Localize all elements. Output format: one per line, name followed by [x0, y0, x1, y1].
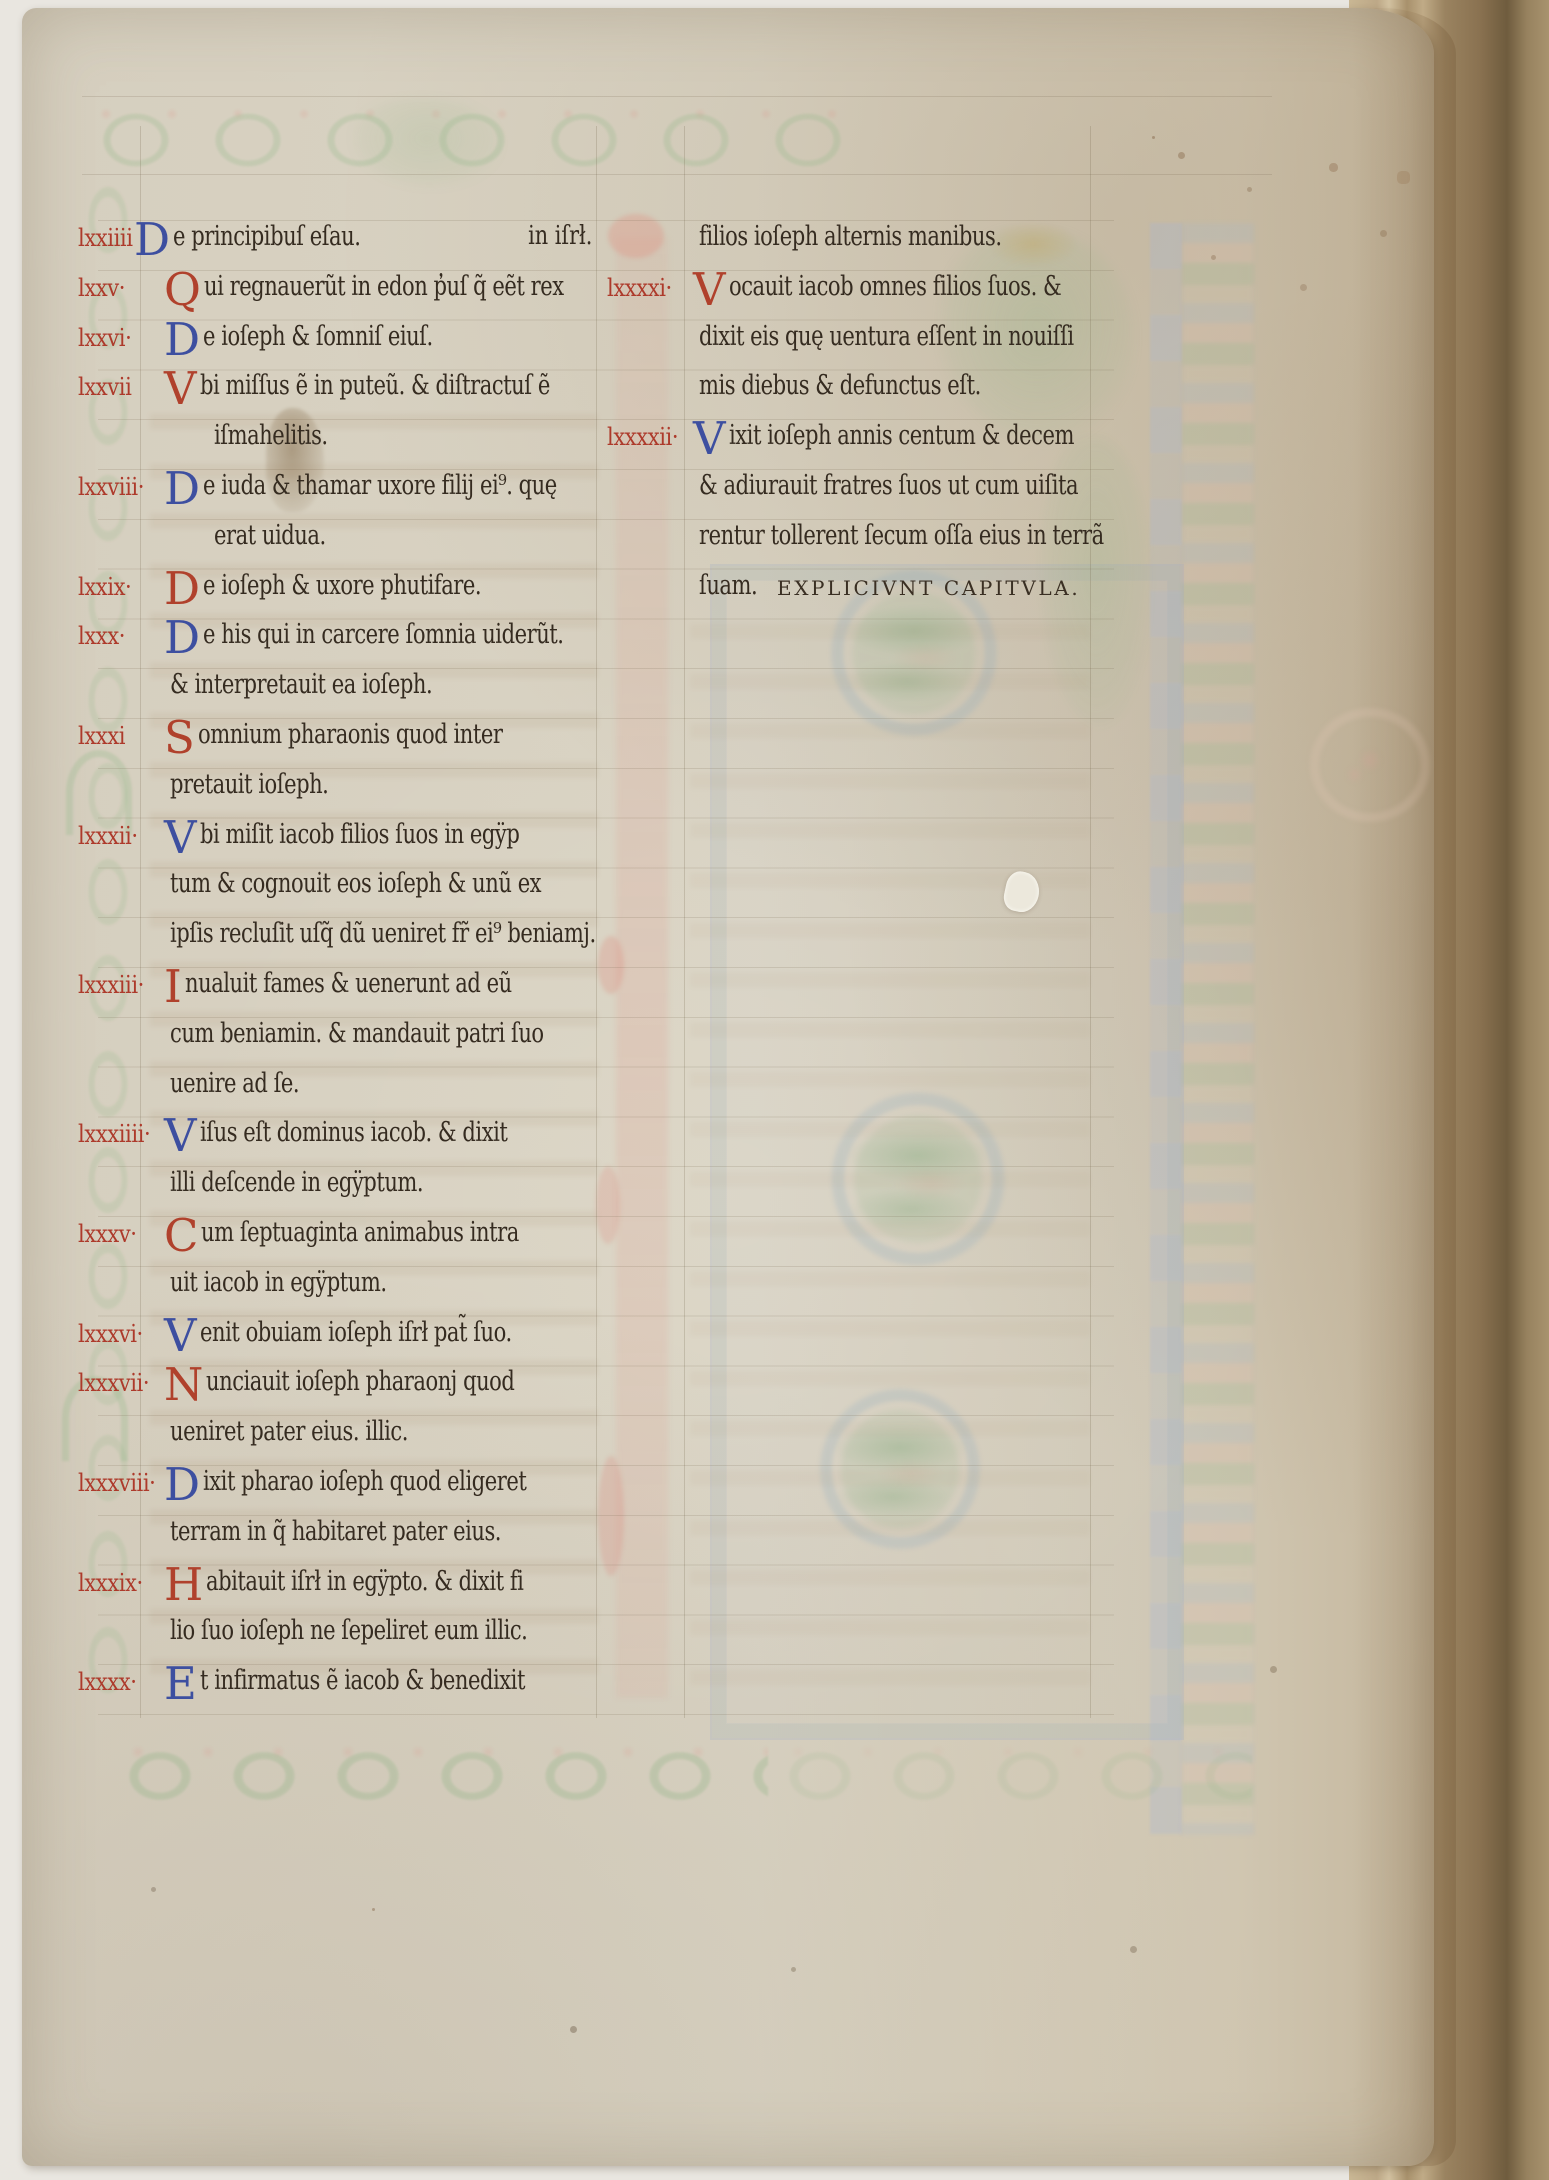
- initial-letter: V: [693, 412, 726, 465]
- chapter-text: & interpretauit ea ioſeph.: [170, 660, 432, 710]
- chapter-numeral: lxxx·: [78, 622, 125, 650]
- initial-letter: Q: [164, 263, 201, 316]
- chapter-entry: lxxxiSomnium pharaonis quod inter: [76, 710, 592, 760]
- chapter-text: ipſis recluſit uſq̃ dũ ueniret fr̃ ei⁹ b…: [170, 909, 596, 959]
- chapter-text: illi deſcende in egÿptum.: [170, 1158, 423, 1208]
- chapter-entry: lxxv·Qui regnauerũt in edon p̓uſ q̃ eẽt …: [76, 262, 592, 312]
- chapter-text: bi miſſus ẽ in puteũ. & diſtractuſ ẽ: [200, 361, 550, 411]
- chapter-entry-continuation: filios ioſeph alternis manibus.: [605, 212, 1085, 262]
- initial-letter: N: [164, 1358, 203, 1411]
- chapter-numeral: lxxxvii·: [78, 1369, 149, 1397]
- initial-letter: C: [164, 1209, 198, 1262]
- initial-letter: D: [164, 611, 200, 664]
- chapter-entry-continuation: erat uidua.: [76, 511, 592, 561]
- chapter-entry-continuation: dixit eis quę uentura eſſent in nouiſſi: [605, 312, 1085, 362]
- chapter-text: abitauit iſrł in egÿpto. & dixit fi: [206, 1557, 523, 1607]
- chapter-text: e iuda & thamar uxore filij ei⁹. quę: [203, 461, 557, 511]
- chapter-entry: lxxxx·Et infirmatus ẽ iacob & benedixit: [76, 1656, 592, 1706]
- chapter-text: cum beniamin. & mandauit patri ſuo: [170, 1009, 544, 1059]
- chapter-numeral: lxxiiii: [78, 224, 133, 252]
- chapter-entry-continuation: ipſis recluſit uſq̃ dũ ueniret fr̃ ei⁹ b…: [76, 909, 592, 959]
- chapter-entry: lxxx·De his qui in carcere ſomnia uiderũ…: [76, 610, 592, 660]
- chapter-numeral: lxxxxii·: [607, 423, 678, 451]
- chapter-numeral: lxxvii: [78, 373, 131, 401]
- chapter-numeral: lxxxviii·: [78, 1469, 155, 1497]
- chapter-entry: lxxvi·De ioſeph & ſomniſ eiuſ.: [76, 312, 592, 362]
- chapter-entry-continuation: uit iacob in egÿptum.: [76, 1258, 592, 1308]
- chapter-numeral: lxxxix·: [78, 1569, 143, 1597]
- initial-letter: D: [164, 562, 200, 615]
- chapter-text: ui regnauerũt in edon p̓uſ q̃ eẽt rex: [204, 262, 564, 312]
- chapter-text: bi miſit iacob filios ſuos in egÿp: [200, 810, 519, 860]
- chapter-entry-continuation: mis diebus & defunctus eſt.: [605, 361, 1085, 411]
- chapter-entry-continuation: terram in q̃ habitaret pater eius.: [76, 1507, 592, 1557]
- chapter-text: omnium pharaonis quod inter: [198, 710, 502, 760]
- chapter-entry-continuation: ſuam.EXPLICIVNT CAPITVLA.: [605, 561, 1085, 611]
- dirt-specks: [372, 1908, 375, 1911]
- chapter-numeral: lxxxx·: [78, 1668, 136, 1696]
- chapter-text: ocauit iacob omnes filios ſuos. &: [729, 262, 1061, 312]
- ruling-horizontal: [82, 96, 1272, 97]
- show-through-bottom-border: [108, 1726, 768, 1818]
- initial-letter: V: [164, 362, 197, 415]
- chapter-numeral: lxxv·: [78, 274, 125, 302]
- chapter-numeral: lxxxvi·: [78, 1320, 143, 1348]
- chapter-entry: lxxxvi·Venit obuiam ioſeph iſrł pat̃ ſuo…: [76, 1308, 592, 1358]
- chapter-text: erat uidua.: [214, 511, 326, 561]
- chapter-text: ſuam.: [699, 561, 757, 611]
- chapter-entry-continuation: cum beniamin. & mandauit patri ſuo: [76, 1009, 592, 1059]
- chapter-text: iſus eſt dominus iacob. & dixit: [200, 1108, 507, 1158]
- chapter-numeral: lxxxi: [78, 722, 125, 750]
- show-through-top-border: [80, 94, 880, 176]
- initial-letter: S: [164, 711, 195, 764]
- chapter-text: terram in q̃ habitaret pater eius.: [170, 1507, 501, 1557]
- line-runover: in iſrł.: [528, 212, 592, 262]
- initial-letter: V: [164, 1109, 197, 1162]
- chapter-text: pretauit ioſeph.: [170, 760, 328, 810]
- chapter-entry-continuation: tum & cognouit eos ioſeph & unũ ex: [76, 859, 592, 909]
- chapter-text: um ſeptuaginta animabus intra: [201, 1208, 519, 1258]
- chapter-entry: lxxxviii·Dixit pharao ioſeph quod eliger…: [76, 1457, 592, 1507]
- chapter-entry-continuation: ueniret pater eius. illic.: [76, 1407, 592, 1457]
- chapter-entry-continuation: rentur tollerent ſecum oſſa eius in terr…: [605, 511, 1085, 561]
- chapter-text: ixit ioſeph annis centum & decem: [729, 411, 1074, 461]
- show-through-bottom-border: [768, 1726, 1252, 1818]
- chapter-numeral: lxxxii·: [78, 822, 138, 850]
- chapter-text: rentur tollerent ſecum oſſa eius in terr…: [699, 511, 1104, 561]
- chapter-entry: lxxxv·Cum ſeptuaginta animabus intra: [76, 1208, 592, 1258]
- chapter-entry: lxxxiii·Inualuit fames & uenerunt ad eũ: [76, 959, 592, 1009]
- chapter-numeral: lxxviii·: [78, 473, 144, 501]
- chapter-entry-continuation: uenire ad ſe.: [76, 1059, 592, 1109]
- explicit-rubric: EXPLICIVNT CAPITVLA.: [777, 576, 1080, 600]
- initial-letter: E: [164, 1657, 197, 1710]
- chapter-text: e principibuſ eſau.: [173, 212, 360, 262]
- initial-letter: D: [134, 213, 170, 266]
- chapter-numeral: lxxxxi·: [607, 274, 672, 302]
- chapter-text: e ioſeph & ſomniſ eiuſ.: [203, 312, 433, 362]
- chapter-entry: lxxxii·Vbi miſit iacob filios ſuos in eg…: [76, 810, 592, 860]
- chapter-numeral: lxxxv·: [78, 1220, 136, 1248]
- chapter-text: unciauit ioſeph pharaonj quod: [206, 1357, 514, 1407]
- chapter-text: dixit eis quę uentura eſſent in nouiſſi: [699, 312, 1074, 362]
- chapter-entry-continuation: & interpretauit ea ioſeph.: [76, 660, 592, 710]
- chapter-entry: lxxxxii·Vixit ioſeph annis centum & dece…: [605, 411, 1085, 461]
- chapter-entry: lxxix·De ioſeph & uxore phutifare.: [76, 561, 592, 611]
- chapter-entry: lxxxxi·Vocauit iacob omnes filios ſuos. …: [605, 262, 1085, 312]
- chapter-text: ueniret pater eius. illic.: [170, 1407, 408, 1457]
- gutter-shadow: [1352, 8, 1456, 2166]
- chapter-text: uit iacob in egÿptum.: [170, 1258, 387, 1308]
- photographed-manuscript-page: lxxiiiiDe principibuſ eſau.in iſrł.lxxv·…: [0, 0, 1549, 2180]
- chapter-text: e ioſeph & uxore phutifare.: [203, 561, 481, 611]
- chapter-numeral: lxxxiii·: [78, 971, 144, 999]
- chapter-text: & adiurauit fratres ſuos ut cum uiſita: [699, 461, 1078, 511]
- ruling-vertical: [1090, 126, 1091, 1718]
- chapter-numeral: lxxxiiii·: [78, 1120, 150, 1148]
- ruling-horizontal: [82, 174, 1272, 175]
- initial-letter: D: [164, 1458, 200, 1511]
- foxing-specks: [1152, 136, 1155, 139]
- chapter-text: nualuit fames & uenerunt ad eũ: [185, 959, 512, 1009]
- chapter-text: e his qui in carcere ſomnia uiderũt.: [203, 610, 564, 660]
- chapter-entry: lxxviii·De iuda & thamar uxore filij ei⁹…: [76, 461, 592, 511]
- initial-letter: I: [164, 960, 182, 1013]
- initial-letter: V: [164, 1309, 197, 1362]
- chapter-numeral: lxxix·: [78, 573, 131, 601]
- chapter-entry: lxxiiiiDe principibuſ eſau.in iſrł.: [76, 212, 592, 262]
- chapter-entry: lxxxiiii·Viſus eſt dominus iacob. & dixi…: [76, 1108, 592, 1158]
- chapter-entry-continuation: & adiurauit fratres ſuos ut cum uiſita: [605, 461, 1085, 511]
- chapter-entry: lxxxix·Habitauit iſrł in egÿpto. & dixit…: [76, 1557, 592, 1607]
- chapter-text: filios ioſeph alternis manibus.: [699, 212, 1002, 262]
- chapter-text: enit obuiam ioſeph iſrł pat̃ ſuo.: [200, 1308, 512, 1358]
- chapter-text: ixit pharao ioſeph quod eligeret: [203, 1457, 526, 1507]
- initial-letter: D: [164, 462, 200, 515]
- capitula-right-column: filios ioſeph alternis manibus.lxxxxi·Vo…: [605, 212, 1085, 610]
- chapter-text: mis diebus & defunctus eſt.: [699, 361, 981, 411]
- chapter-entry-continuation: lio ſuo ioſeph ne ſepeliret eum illic.: [76, 1606, 592, 1656]
- initial-letter: V: [693, 263, 726, 316]
- chapter-entry-continuation: illi deſcende in egÿptum.: [76, 1158, 592, 1208]
- chapter-text: t infirmatus ẽ iacob & benedixit: [200, 1656, 525, 1706]
- chapter-numeral: lxxvi·: [78, 324, 131, 352]
- capitula-left-column: lxxiiiiDe principibuſ eſau.in iſrł.lxxv·…: [76, 212, 592, 1706]
- initial-letter: V: [164, 811, 197, 864]
- chapter-entry-continuation: iſmahelitis.: [76, 411, 592, 461]
- initial-letter: D: [164, 313, 200, 366]
- chapter-text: lio ſuo ioſeph ne ſepeliret eum illic.: [170, 1606, 527, 1656]
- chapter-entry-continuation: pretauit ioſeph.: [76, 760, 592, 810]
- initial-letter: H: [164, 1558, 203, 1611]
- show-through-ornament-border: [1182, 223, 1254, 1835]
- chapter-text: iſmahelitis.: [214, 411, 328, 461]
- chapter-text: tum & cognouit eos ioſeph & unũ ex: [170, 859, 541, 909]
- chapter-text: uenire ad ſe.: [170, 1059, 299, 1109]
- chapter-entry: lxxxvii·Nunciauit ioſeph pharaonj quod: [76, 1357, 592, 1407]
- chapter-entry: lxxviiVbi miſſus ẽ in puteũ. & diſtractu…: [76, 361, 592, 411]
